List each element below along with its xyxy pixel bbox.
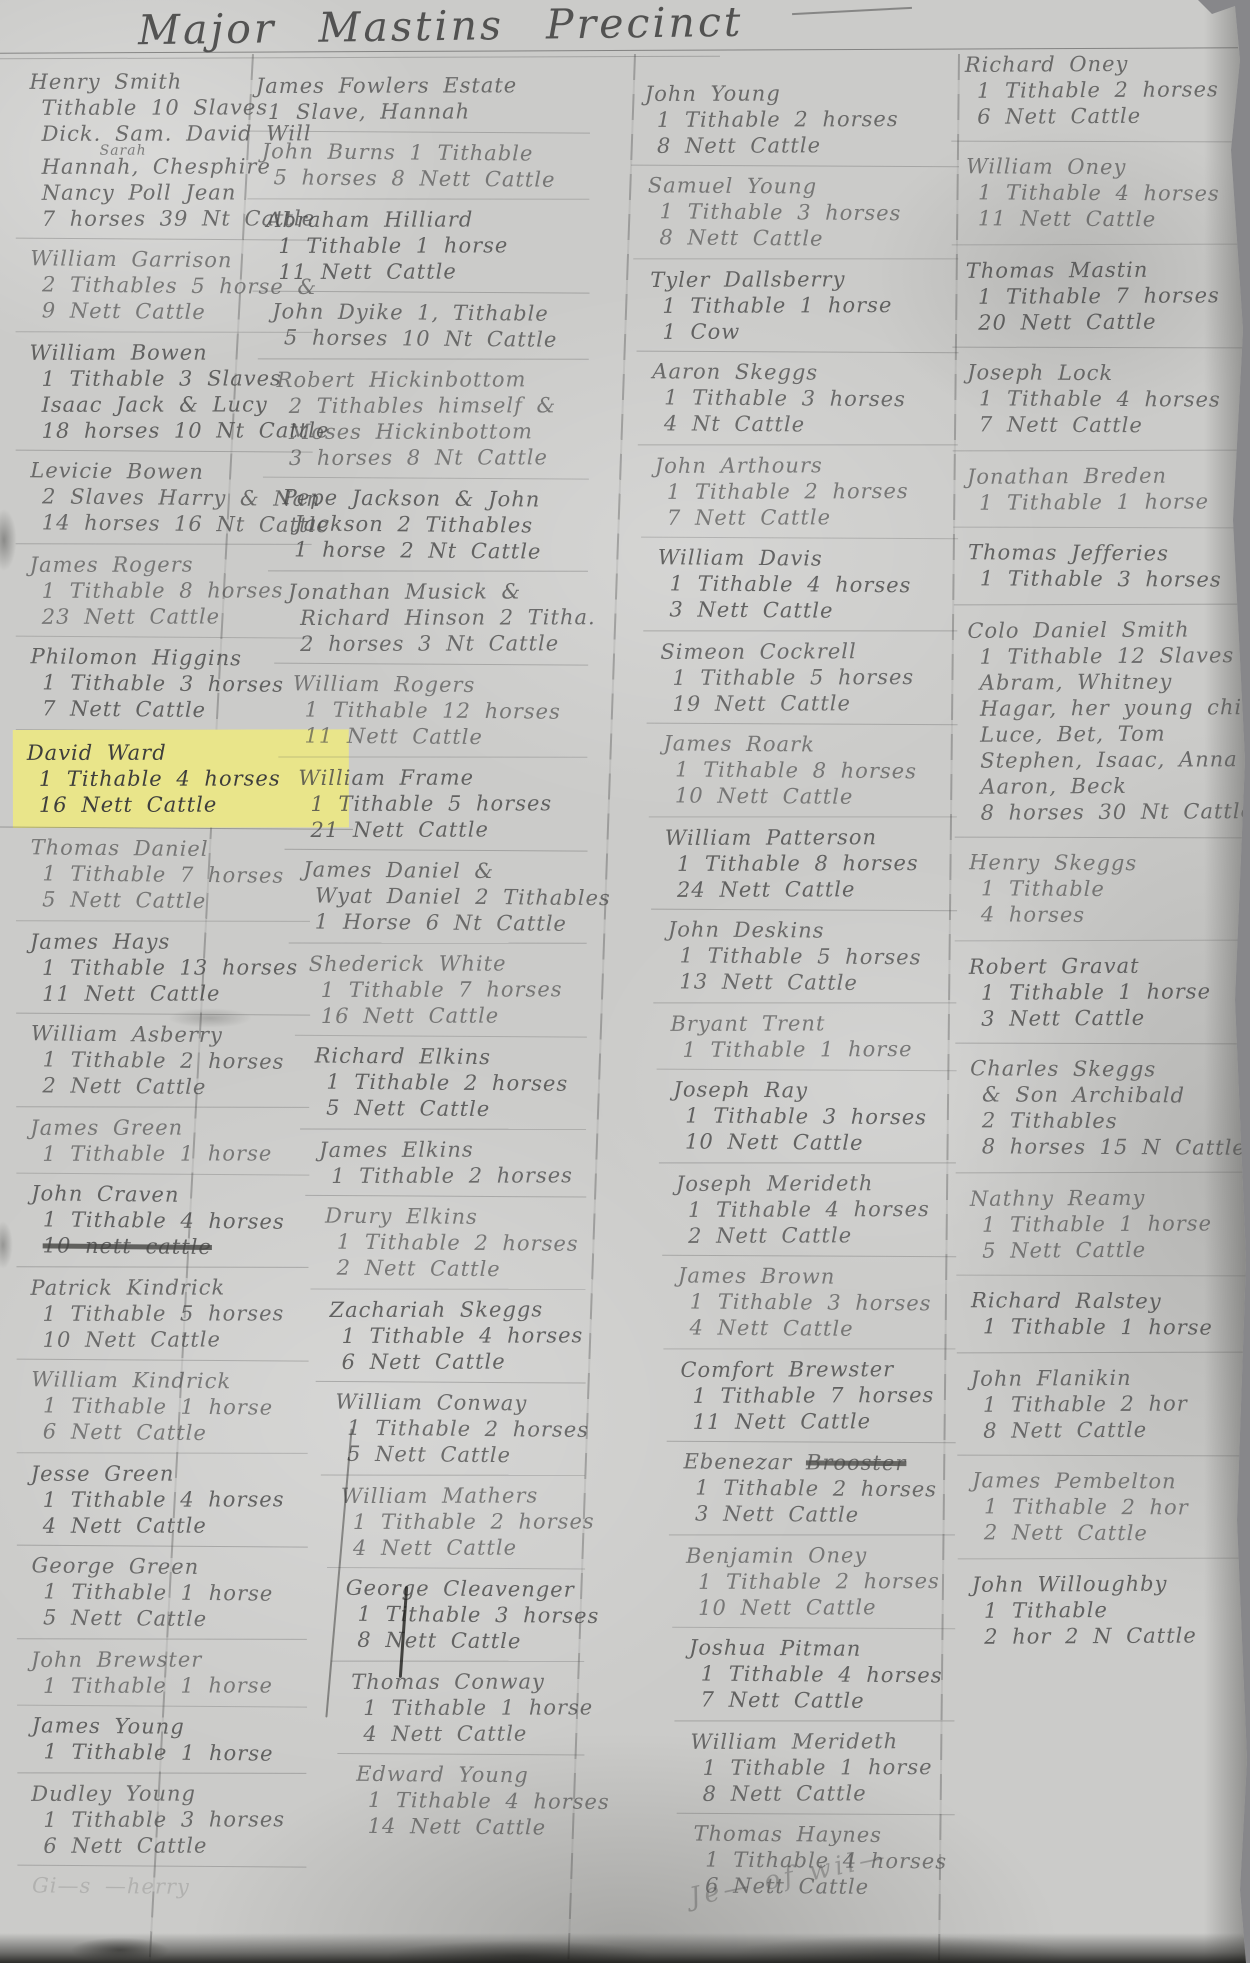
entry-line: 1 Tithable 5 horses <box>672 664 953 691</box>
entry-line: James Daniel & <box>303 856 583 884</box>
taxpayer-entry: James Fowlers Estate1 Slave, Hannah <box>256 64 586 132</box>
entry-line: 4 Nt Cattle <box>664 410 954 438</box>
entry-line: Thomas Conway <box>351 1668 580 1695</box>
entry-line: 10 Nett Cattle <box>675 782 953 810</box>
entry-line: 1 Tithable 1 horse <box>662 292 954 319</box>
entry-line: 1 Tithable 2 horses <box>326 1069 582 1097</box>
entry-line: James Roark <box>663 730 953 758</box>
entry-line: 1 Tithable 5 horses <box>310 790 583 817</box>
entry-line: 3 horses 8 Nt Cattle <box>289 444 585 471</box>
taxpayer-entry: William Patterson1 Tithable 8 horses24 N… <box>665 816 953 910</box>
taxpayer-entry: Henry Skeggs1 Tithable4 horses <box>969 836 1244 940</box>
entry-line: 1 Tithable 2 horses <box>353 1508 581 1535</box>
taxpayer-entry: Edward Young1 Tithable 4 horses14 Nett C… <box>356 1753 581 1848</box>
pen-mark <box>792 7 912 15</box>
taxpayer-entry: John Arthours1 Tithable 2 horses7 Nett C… <box>655 444 954 538</box>
entry-line: John Burns 1 Tithable <box>262 138 586 167</box>
taxpayer-entry: Gi—s —herry <box>32 1864 302 1908</box>
taxpayer-entry: Abraham Hilliard1 Tithable 1 horse11 Net… <box>266 198 585 292</box>
entry-line: 1 Tithable 7 horses <box>321 976 583 1003</box>
taxpayer-entry: John Flanikin1 Tithable 2 hor8 Nett Catt… <box>971 1351 1244 1456</box>
entry-line: 1 Tithable 1 horse <box>703 1754 951 1781</box>
entry-line: 1 Tithable 8 horses <box>677 850 953 877</box>
entry-line: 14 Nett Cattle <box>368 1813 580 1841</box>
entry-line: Comfort Brewster <box>680 1356 951 1383</box>
entry-line: James Fowlers Estate <box>256 72 586 99</box>
entry-line: 1 Tithable 1 horse <box>682 1036 952 1063</box>
torn-edge-shading <box>1204 0 1250 1963</box>
entry-line: 1 Horse 6 Nt Cattle <box>315 909 583 937</box>
entry-line: William Patterson <box>665 824 953 851</box>
taxpayer-entry: William Davis1 Tithable 4 horses3 Nett C… <box>657 536 954 631</box>
entry-line: Shederick White <box>309 950 583 977</box>
entry-line: Drury Elkins <box>325 1203 582 1231</box>
taxpayer-entry: William Merideth1 Tithable 1 horse8 Nett… <box>690 1720 950 1814</box>
entry-line: William Mathers <box>341 1482 581 1509</box>
entry-line: 11 Nett Cattle <box>278 258 585 285</box>
entry-line: Bryant Trent <box>670 1010 952 1037</box>
taxpayer-entry: William Oney1 Tithable 4 horses11 Nett C… <box>966 140 1244 244</box>
entry-line: 1 Tithable 3 horses <box>660 198 955 226</box>
taxpayer-entry: Richard Elkins1 Tithable 2 horses5 Nett … <box>314 1035 583 1130</box>
entry-line: William Merideth <box>690 1728 950 1755</box>
taxpayer-entry: William Mathers1 Tithable 2 horses4 Nett… <box>341 1474 581 1568</box>
entry-line: 1 Tithable 2 horses <box>667 478 954 505</box>
entry-line: Samuel Young <box>648 172 955 200</box>
entry-line: 1 Tithable 2 horses <box>695 1474 951 1502</box>
entry-line: John Arthours <box>655 452 954 479</box>
entry-line: 21 Nett Cattle <box>310 816 583 843</box>
taxpayer-entry: Thomas Mastin1 Tithable 7 horses20 Nett … <box>966 243 1244 348</box>
entry-line: 4 Nett Cattle <box>689 1314 951 1342</box>
entry-line: 5 Nett Cattle <box>347 1441 581 1469</box>
entry-line: 5 horses 10 Nt Cattle <box>284 324 585 353</box>
entry-line: 1 Tithable 8 horses <box>675 756 953 784</box>
taxpayer-entry: John Young1 Tithable 2 horses8 Nett Catt… <box>645 72 955 166</box>
entry-line: Abraham Hilliard <box>266 206 585 233</box>
entry-line: 1 Tithable 4 horses <box>688 1196 952 1223</box>
entry-line: Zachariah Skeggs <box>329 1296 581 1323</box>
entry-line: 1 horse 2 Nt Cattle <box>294 536 584 565</box>
entry-line: James Brown <box>678 1262 952 1290</box>
taxpayer-entry: James Brown1 Tithable 3 horses4 Nett Cat… <box>677 1254 952 1349</box>
entry-line: 7 Nett Cattle <box>667 504 954 531</box>
page-title: Major Mastins Precinct <box>138 0 744 54</box>
entry-line: Benjamin Oney <box>686 1542 951 1569</box>
entry-line: 1 Tithable 4 horses <box>368 1787 580 1815</box>
entry-line: James Elkins <box>319 1136 582 1163</box>
entry-line: 7 Nett Cattle <box>701 1687 951 1715</box>
taxpayer-entry: Simeon Cockrell1 Tithable 5 horses19 Net… <box>660 630 953 724</box>
entry-line: Robert Gravat <box>969 952 1243 980</box>
scanned-document-page: { "document": { "title": "Major Mastins … <box>0 0 1250 1963</box>
taxpayer-entry: Joseph Lock1 Tithable 4 horses7 Nett Cat… <box>967 346 1244 450</box>
entry-line: John Willoughby <box>972 1570 1243 1598</box>
taxpayer-entry: John Burns 1 Tithable5 horses 8 Nett Cat… <box>261 130 586 200</box>
entry-line: Gi—s —herry <box>32 1872 302 1901</box>
entry-line: 10 Nett Cattle <box>685 1128 952 1156</box>
taxpayer-entry: James Daniel &Wyat Daniel 2 Tithables1 H… <box>303 848 584 943</box>
entry-line: Moses Hickinbottom <box>289 418 585 445</box>
entry-line: 8 Nett Cattle <box>703 1780 951 1807</box>
entry-line: 1 Slave, Hannah <box>268 98 586 125</box>
entry-line: 4 Nett Cattle <box>353 1534 581 1561</box>
taxpayer-entry: Nathny Reamy1 Tithable 1 horse5 Nett Cat… <box>970 1171 1244 1276</box>
entry-line: 1 Tithable 3 horses <box>685 1102 952 1130</box>
entry-line: Richard Elkins <box>315 1043 583 1071</box>
entry-line: William Rogers <box>293 670 584 699</box>
entry-line: 2 Tithables himself & <box>289 392 585 419</box>
taxpayer-entry: Charles Skeggs& Son Archibald2 Tithables… <box>970 1042 1244 1172</box>
entry-line: James Pembelton <box>972 1467 1243 1494</box>
entry-line: Robert Hickinbottom <box>277 366 585 393</box>
taxpayer-entry: Bryant Trent1 Tithable 1 horse <box>670 1002 952 1070</box>
entry-line: Pepe Jackson & John <box>283 484 585 513</box>
entry-line: William Davis <box>658 544 954 572</box>
taxpayer-entry: William Frame1 Tithable 5 horses21 Nett … <box>298 756 583 850</box>
entry-line: 2 Nett Cattle <box>688 1222 952 1249</box>
entry-line: Jackson 2 Tithables <box>294 510 584 539</box>
entry-line: 1 Tithable 2 horses <box>698 1568 951 1595</box>
taxpayer-entry: Richard Ralstey1 Tithable 1 horse <box>971 1274 1243 1352</box>
entry-line: 1 Tithable 4 horses <box>701 1661 951 1689</box>
entry-line: 3 Nett Cattle <box>669 596 953 624</box>
entry-line: Thomas Mastin <box>966 256 1243 284</box>
entry-line: Wyat Daniel 2 Tithables <box>315 883 583 911</box>
taxpayer-entry: Joshua Pitman1 Tithable 4 horses7 Nett C… <box>688 1626 951 1721</box>
entry-line: 6 Nett Cattle <box>342 1348 582 1375</box>
entry-line: William Conway <box>335 1389 581 1417</box>
entry-line: 8 Nett Cattle <box>659 224 954 252</box>
taxpayer-entry: George Cleavenger1 Tithable 3 horses8 Ne… <box>345 1567 581 1662</box>
entry-line: 1 Tithable 1 horse <box>363 1694 580 1721</box>
taxpayer-entry: William Conway1 Tithable 2 horses5 Nett … <box>335 1381 582 1476</box>
entry-line: 2 Nett Cattle <box>337 1255 582 1283</box>
entry-line: 1 Tithable 12 horses <box>305 696 584 724</box>
entry-line: Jonathan Breden <box>967 462 1243 490</box>
taxpayer-entry: John Dyike 1, Tithable5 horses 10 Nt Cat… <box>272 290 586 360</box>
bottom-edge-shading <box>0 1933 1250 1963</box>
entry-line: Joshua Pitman <box>689 1634 951 1662</box>
taxpayer-entry: James Roark1 Tithable 8 horses10 Nett Ca… <box>663 722 954 817</box>
entry-line: Charles Skeggs <box>970 1055 1243 1082</box>
taxpayer-entry: Colo Daniel Smith1 Tithable 12 SlavesAbr… <box>967 603 1243 838</box>
entry-line: 8 Nett Cattle <box>357 1627 580 1655</box>
entry-line: John Dyike 1, Tithable <box>272 298 585 327</box>
taxpayer-entry: Aaron Skeggs1 Tithable 3 horses4 Nt Catt… <box>652 350 955 445</box>
entry-line: Ebenezar Brooster <box>683 1448 951 1476</box>
entry-line: Richard Hinson 2 Titha. <box>300 604 584 631</box>
taxpayer-entry: Richard Oney1 Tithable 2 horses6 Nett Ca… <box>965 37 1244 142</box>
entry-line: Joseph Ray <box>673 1076 952 1104</box>
taxpayer-entry: James Elkins1 Tithable 2 horses <box>319 1128 582 1196</box>
taxpayer-entry: Shederick White1 Tithable 7 horses16 Net… <box>309 942 583 1036</box>
entry-line: 1 Tithable 7 horses <box>692 1382 951 1409</box>
tax-list-column-2: James Fowlers Estate1 Slave, HannahJohn … <box>250 64 586 1847</box>
taxpayer-entry: James Pembelton1 Tithable 2 hor2 Nett Ca… <box>972 1454 1244 1558</box>
taxpayer-entry: Robert Gravat1 Tithable 1 horse3 Nett Ca… <box>969 939 1244 1044</box>
taxpayer-entry: Ebenezar Brooster1 Tithable 2 horses3 Ne… <box>683 1440 952 1535</box>
taxpayer-entry: John Deskins1 Tithable 5 horses13 Nett C… <box>667 908 953 1003</box>
entry-line-text: Ebenezar <box>683 1449 806 1474</box>
entry-line: 5 horses 8 Nett Cattle <box>273 164 585 193</box>
entry-line: 1 Tithable 2 horses <box>337 1229 582 1257</box>
document-paper: Major Mastins Precinct Henry SmithTithab… <box>0 0 1250 1963</box>
taxpayer-entry: Comfort Brewster1 Tithable 7 horses11 Ne… <box>680 1348 951 1442</box>
entry-line: Colo Daniel Smith <box>967 616 1242 644</box>
title-underline-rule-2 <box>0 56 720 60</box>
taxpayer-entry: Pepe Jackson & JohnJackson 2 Tithables1 … <box>282 476 585 572</box>
entry-line: Richard Ralstey <box>971 1287 1243 1314</box>
entry-line: Thomas Haynes <box>693 1820 950 1848</box>
entry-line: 1 Tithable 3 horses <box>664 384 954 412</box>
entry-line: William Frame <box>298 764 583 791</box>
taxpayer-entry: Jonathan Musick &Richard Hinson 2 Titha.… <box>288 570 584 664</box>
entry-line: Simeon Cockrell <box>660 638 953 665</box>
entry-line: Richard Oney <box>965 50 1243 78</box>
entry-line: 13 Nett Cattle <box>679 968 952 996</box>
entry-line: 4 Nett Cattle <box>363 1720 580 1747</box>
taxpayer-entry: Samuel Young1 Tithable 3 horses8 Nett Ca… <box>647 164 955 259</box>
entry-line: Joseph Merideth <box>676 1170 952 1197</box>
taxpayer-entry: John Willoughby1 Tithable2 hor 2 N Cattl… <box>972 1557 1244 1662</box>
entry-line: John Flanikin <box>971 1364 1243 1392</box>
entry-line: 1 Tithable 3 horses <box>357 1601 580 1629</box>
entry-line: Thomas Jefferies <box>968 539 1243 566</box>
taxpayer-entry: Thomas Conway1 Tithable 1 horse4 Nett Ca… <box>351 1660 580 1754</box>
entry-line: 5 Nett Cattle <box>326 1095 582 1123</box>
taxpayer-entry: William Rogers1 Tithable 12 horses11 Net… <box>292 662 584 758</box>
entry-line: 1 Tithable 2 horses <box>657 106 955 133</box>
entry-line: Joseph Lock <box>967 359 1243 386</box>
entry-line: 11 Nett Cattle <box>304 722 583 750</box>
entry-line: George Cleavenger <box>346 1575 581 1603</box>
taxpayer-entry: Jonathan Breden1 Tithable 1 horse <box>967 449 1243 528</box>
taxpayer-entry: Joseph Ray1 Tithable 3 horses10 Nett Cat… <box>673 1068 953 1163</box>
entry-line: 1 Tithable 2 horses <box>347 1415 581 1443</box>
taxpayer-entry: Drury Elkins1 Tithable 2 horses2 Nett Ca… <box>324 1195 582 1290</box>
entry-line: John Deskins <box>668 916 953 944</box>
entry-line: Aaron Skeggs <box>652 358 954 386</box>
entry-line: 24 Nett Cattle <box>677 876 953 903</box>
entry-line: 1 Tithable 5 horses <box>680 942 953 970</box>
entry-line: 19 Nett Cattle <box>672 690 953 717</box>
taxpayer-entry: Benjamin Oney1 Tithable 2 horses10 Nett … <box>686 1534 951 1628</box>
tax-list-column-4: Richard Oney1 Tithable 2 horses6 Nett Ca… <box>965 38 1243 1661</box>
entry-line: John Young <box>645 80 955 107</box>
taxpayer-entry: Zachariah Skeggs1 Tithable 4 horses6 Net… <box>329 1288 581 1382</box>
taxpayer-entry: Tyler Dallsberry1 Tithable 1 horse1 Cow <box>650 258 954 352</box>
entry-line: 1 Tithable 2 horses <box>331 1162 582 1189</box>
entry-line: 10 Nett Cattle <box>698 1594 951 1621</box>
tax-list-column-3: John Young1 Tithable 2 horses8 Nett Catt… <box>640 72 955 1907</box>
entry-line: 3 Nett Cattle <box>695 1500 951 1528</box>
taxpayer-entry: Joseph Merideth1 Tithable 4 horses2 Nett… <box>676 1162 952 1256</box>
entry-line: Jonathan Musick & <box>288 578 584 605</box>
entry-line: 2 horses 3 Nt Cattle <box>300 630 584 657</box>
entry-line: 1 Tithable 4 horses <box>342 1322 582 1349</box>
entry-line: 16 Nett Cattle <box>321 1002 583 1029</box>
entry-line: William Oney <box>966 153 1243 180</box>
entry-line: Tyler Dallsberry <box>650 266 954 293</box>
entry-line: Nathny Reamy <box>970 1184 1243 1212</box>
entry-line: 1 Tithable 3 horses <box>690 1288 952 1316</box>
taxpayer-entry: Thomas Jefferies1 Tithable 3 horses <box>968 526 1243 604</box>
struck-word: Brooster <box>806 1450 907 1475</box>
entry-line: 1 Cow <box>662 318 954 345</box>
entry-line: 1 Tithable 1 horse <box>278 232 585 259</box>
entry-line: 1 Tithable 4 horses <box>670 570 954 598</box>
entry-line: Henry Skeggs <box>969 849 1243 876</box>
entry-line: Edward Young <box>356 1761 580 1789</box>
taxpayer-entry: Robert Hickinbottom2 Tithables himself &… <box>277 358 585 478</box>
entry-line: 8 Nett Cattle <box>657 132 955 159</box>
entry-line: 11 Nett Cattle <box>693 1408 952 1435</box>
